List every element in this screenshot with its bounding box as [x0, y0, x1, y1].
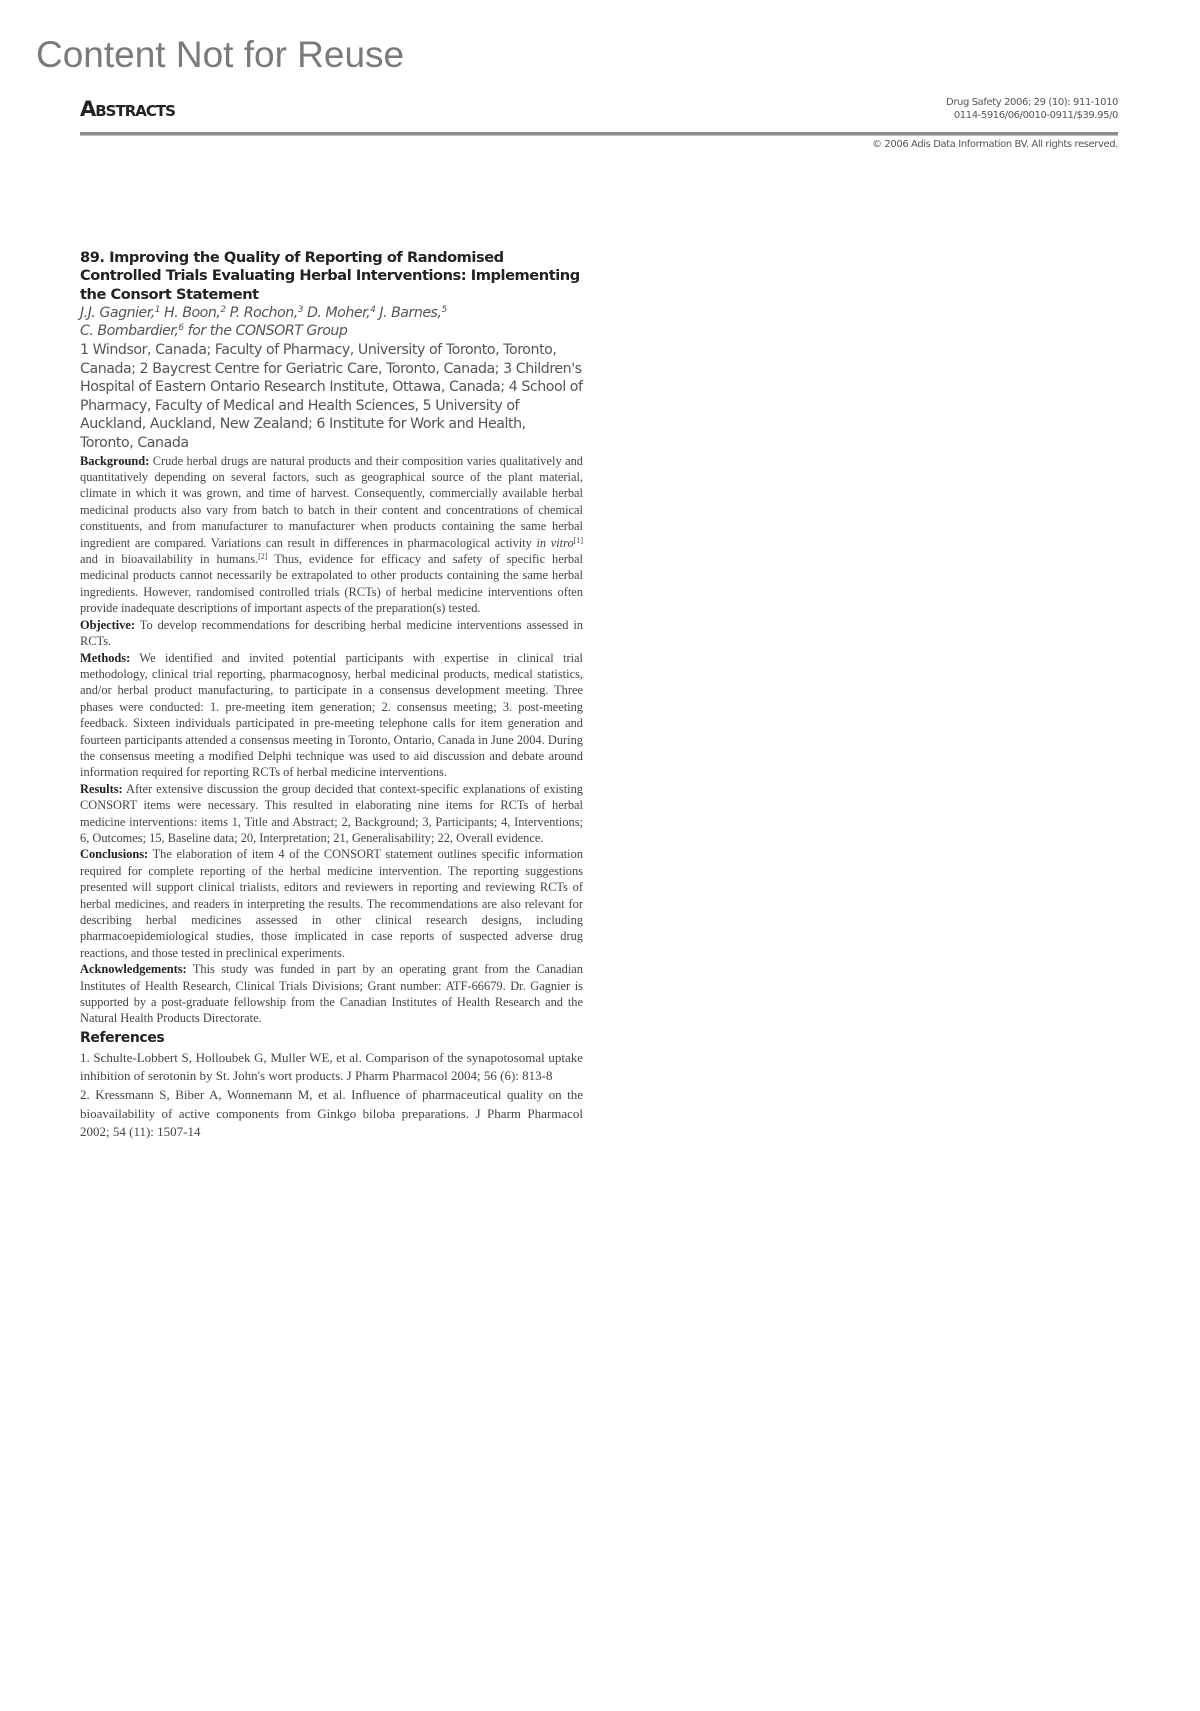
section-label-conclusions: Conclusions:: [80, 847, 148, 861]
author: H. Boon,: [164, 305, 220, 321]
affiliation-marker: 4: [370, 305, 375, 315]
abstract-article: 89. Improving the Quality of Reporting o…: [80, 249, 583, 1142]
authors-group-suffix: for the CONSORT Group: [188, 323, 348, 339]
background-text: and in bioavailability in humans.: [80, 552, 258, 566]
author-list: J.J. Gagnier,1 H. Boon,2 P. Rochon,3 D. …: [80, 304, 583, 341]
copyright-notice: © 2006 Adis Data Information BV. All rig…: [872, 139, 1118, 150]
affiliation-marker: 6: [178, 323, 183, 333]
affiliation-marker: 2: [220, 305, 225, 315]
author: J.J. Gagnier,: [80, 305, 155, 321]
section-objective: Objective: To develop recommendations fo…: [80, 617, 583, 650]
affiliation-marker: 1: [155, 305, 160, 315]
section-label-results: Results:: [80, 782, 123, 796]
reference-item: 2. Kressmann S, Biber A, Wonnemann M, et…: [80, 1086, 583, 1141]
author: C. Bombardier,: [80, 323, 178, 339]
author: J. Barnes,: [379, 305, 441, 321]
objective-text: To develop recommendations for describin…: [80, 618, 583, 648]
section-results: Results: After extensive discussion the …: [80, 781, 583, 847]
italic-term: in vitro: [536, 536, 573, 550]
citation-ref[interactable]: [1]: [574, 536, 583, 545]
section-label: Abstracts: [80, 97, 175, 121]
abstract-title: 89. Improving the Quality of Reporting o…: [80, 249, 583, 304]
affiliation-marker: 5: [441, 305, 446, 315]
methods-text: We identified and invited potential part…: [80, 651, 583, 780]
journal-citation: Drug Safety 2006; 29 (10): 911-1010: [946, 96, 1118, 109]
header-divider: [80, 132, 1118, 136]
section-acknowledgements: Acknowledgements: This study was funded …: [80, 961, 583, 1027]
section-background: Background: Crude herbal drugs are natur…: [80, 453, 583, 617]
conclusions-text: The elaboration of item 4 of the CONSORT…: [80, 847, 583, 959]
section-label-background: Background:: [80, 454, 149, 468]
issn-code: 0114-5916/06/0010-0911/$39.95/0: [946, 109, 1118, 122]
references-heading: References: [80, 1029, 583, 1048]
watermark-text: Content Not for Reuse: [36, 34, 404, 76]
affiliation-marker: 3: [298, 305, 303, 315]
reference-item: 1. Schulte-Lobbert S, Holloubek G, Mulle…: [80, 1049, 583, 1086]
section-methods: Methods: We identified and invited poten…: [80, 650, 583, 781]
section-label-methods: Methods:: [80, 651, 130, 665]
citation-ref[interactable]: [2]: [258, 552, 267, 561]
author: D. Moher,: [307, 305, 370, 321]
background-text: Crude herbal drugs are natural products …: [80, 454, 583, 550]
journal-meta: Drug Safety 2006; 29 (10): 911-1010 0114…: [946, 96, 1118, 122]
section-label-acknowledgements: Acknowledgements:: [80, 962, 187, 976]
section-label-objective: Objective:: [80, 618, 135, 632]
affiliations: 1 Windsor, Canada; Faculty of Pharmacy, …: [80, 341, 583, 453]
section-conclusions: Conclusions: The elaboration of item 4 o…: [80, 846, 583, 961]
results-text: After extensive discussion the group dec…: [80, 782, 583, 845]
author: P. Rochon,: [230, 305, 298, 321]
